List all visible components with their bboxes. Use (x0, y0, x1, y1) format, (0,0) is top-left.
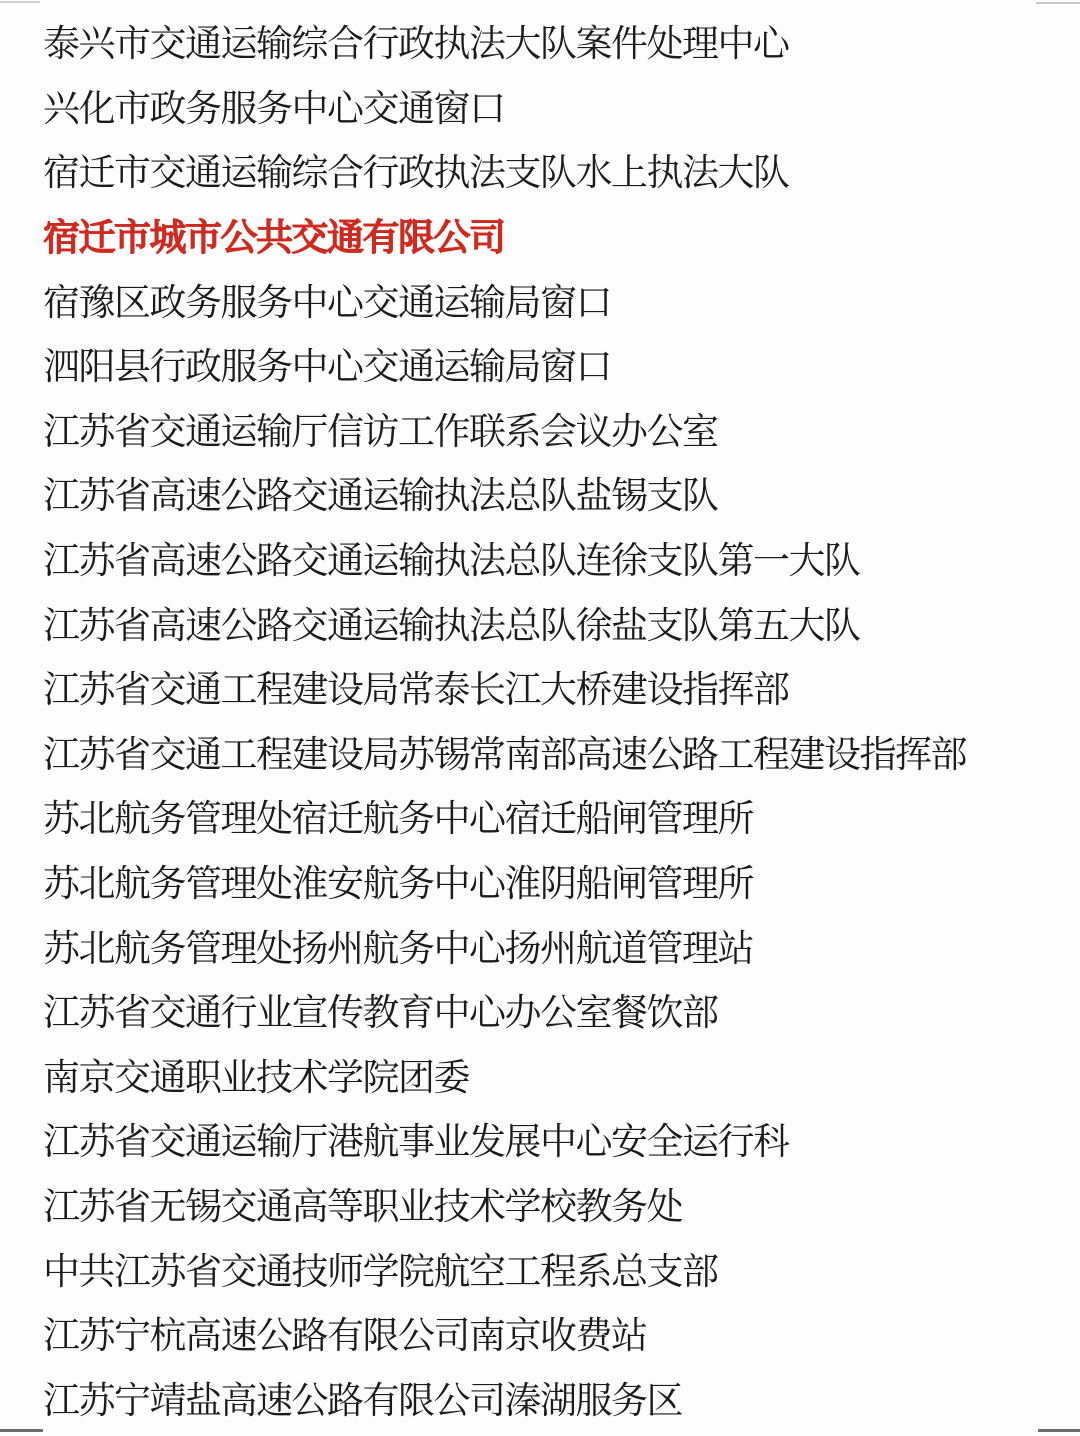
org-list-item: 江苏省交通行业宣传教育中心办公室餐饮部 (43, 977, 1060, 1042)
org-list-item: 苏北航务管理处宿迁航务中心宿迁船闸管理所 (43, 783, 1060, 848)
org-list-item: 兴化市政务服务中心交通窗口 (43, 73, 1060, 138)
org-list-item: 苏北航务管理处淮安航务中心淮阴船闸管理所 (43, 848, 1060, 913)
org-list-item: 中共江苏省交通技师学院航空工程系总支部 (43, 1235, 1060, 1300)
org-list-item: 宿豫区政务服务中心交通运输局窗口 (43, 266, 1060, 331)
org-list-item: 江苏省交通工程建设局常泰长江大桥建设指挥部 (43, 654, 1060, 719)
org-list-item-highlighted: 宿迁市城市公共交通有限公司 (43, 202, 1060, 267)
org-list-item: 江苏省交通运输厅港航事业发展中心安全运行科 (43, 1106, 1060, 1171)
org-list-item: 泗阳县行政服务中心交通运输局窗口 (43, 331, 1060, 396)
org-list-item: 南京交通职业技术学院团委 (43, 1042, 1060, 1107)
edge-artifact-top-right (1036, 2, 1080, 4)
org-list-item: 江苏省高速公路交通运输执法总队连徐支队第一大队 (43, 525, 1060, 590)
page: 泰兴市交通运输综合行政执法大队案件处理中心 兴化市政务服务中心交通窗口 宿迁市交… (0, 0, 1080, 1436)
org-list-item: 苏北航务管理处扬州航务中心扬州航道管理站 (43, 912, 1060, 977)
org-list-item: 江苏省高速公路交通运输执法总队徐盐支队第五大队 (43, 589, 1060, 654)
org-list-item: 江苏宁杭高速公路有限公司南京收费站 (43, 1300, 1060, 1365)
org-list-item: 江苏省交通运输厅信访工作联系会议办公室 (43, 396, 1060, 461)
edge-artifact-top-left (0, 1, 40, 3)
org-list-item: 江苏省交通工程建设局苏锡常南部高速公路工程建设指挥部 (43, 719, 1060, 784)
org-list-item: 江苏省无锡交通高等职业技术学校教务处 (43, 1171, 1060, 1236)
edge-artifact-bottom-right (1038, 1429, 1080, 1432)
org-list: 泰兴市交通运输综合行政执法大队案件处理中心 兴化市政务服务中心交通窗口 宿迁市交… (43, 8, 1060, 1429)
edge-artifact-bottom-left (0, 1429, 43, 1432)
org-list-item: 宿迁市交通运输综合行政执法支队水上执法大队 (43, 137, 1060, 202)
org-list-item: 江苏宁靖盐高速公路有限公司溱湖服务区 (43, 1364, 1060, 1429)
org-list-item: 泰兴市交通运输综合行政执法大队案件处理中心 (43, 8, 1060, 73)
org-list-item: 江苏省高速公路交通运输执法总队盐锡支队 (43, 460, 1060, 525)
